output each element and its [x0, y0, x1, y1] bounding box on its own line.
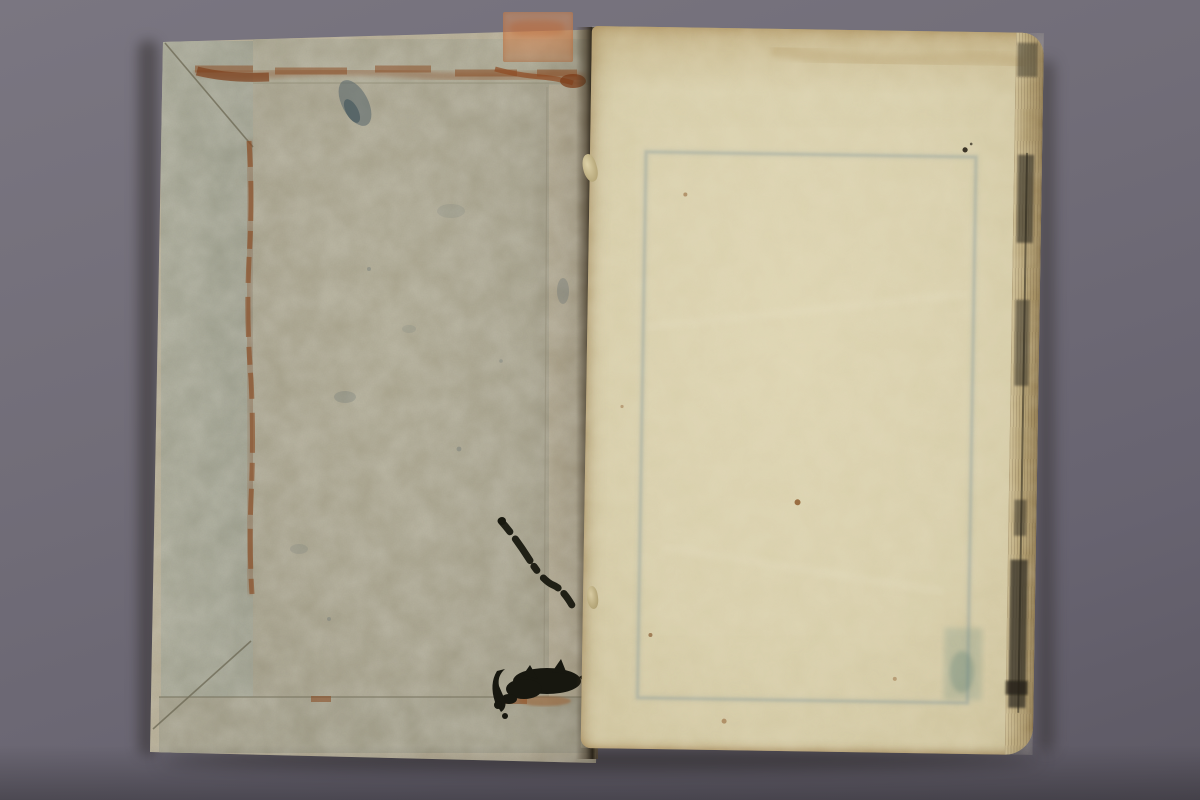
cover-grain: [149, 29, 612, 763]
tape-mottle: [509, 20, 565, 36]
inside-front-cover: [149, 29, 612, 763]
blank-first-page: [581, 26, 1044, 755]
cover-detail-overlay: [149, 29, 612, 763]
page-detail-overlay: [581, 26, 1044, 755]
repair-tape: [503, 12, 573, 62]
photo-stage: [0, 0, 1200, 800]
bleed-through-green-smudge: [943, 628, 982, 701]
